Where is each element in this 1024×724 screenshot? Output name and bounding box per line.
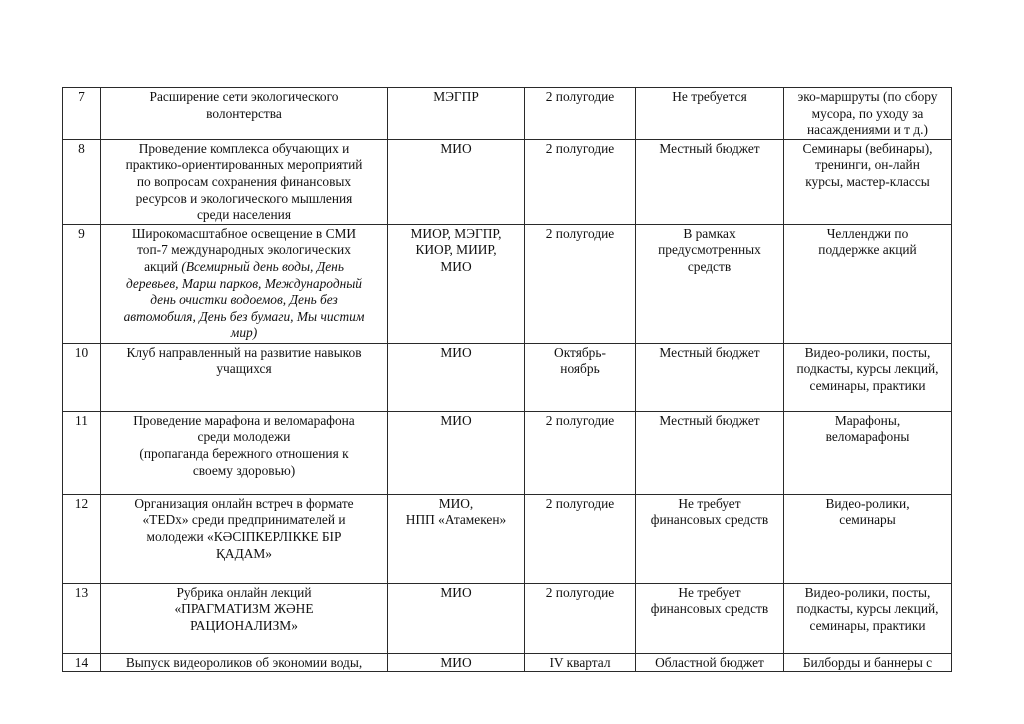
format: Видео-ролики, посты,подкасты, курсы лекц… <box>784 583 952 653</box>
format-line: подкасты, курсы лекций, <box>788 601 947 618</box>
responsible: МИО <box>388 583 525 653</box>
event-name: Выпуск видеороликов об экономии воды, <box>101 653 388 672</box>
event-name-line: «TEDx» среди предпринимателей и <box>105 512 383 529</box>
event-plan-table: 7Расширение сети экологическоговолонтерс… <box>62 87 952 672</box>
financing: Не требуетфинансовых средств <box>636 494 784 583</box>
event-name-italic-line: (Всемирный день воды, День <box>181 259 344 274</box>
financing: Местный бюджет <box>636 411 784 494</box>
format-line: семинары, практики <box>788 378 947 395</box>
row-number: 12 <box>63 494 101 583</box>
responsible-line: МИО <box>392 141 520 158</box>
responsible-line: МИО <box>392 655 520 672</box>
format-line: подкасты, курсы лекций, <box>788 361 947 378</box>
responsible: МИО <box>388 653 525 672</box>
format-line: Челленджи по <box>788 226 947 243</box>
format: эко-маршруты (по сборумусора, по уходу з… <box>784 88 952 140</box>
term: 2 полугодие <box>525 494 636 583</box>
format-line: тренинги, он-лайн <box>788 157 947 174</box>
row-number: 11 <box>63 411 101 494</box>
table-row: 11Проведение марафона и веломарафонасред… <box>63 411 952 494</box>
row-number-line: 14 <box>67 655 96 672</box>
financing-line: Местный бюджет <box>640 413 779 430</box>
format-line: Марафоны, <box>788 413 947 430</box>
term: 2 полугодие <box>525 88 636 140</box>
financing-line: В рамках <box>640 226 779 243</box>
event-name-line: Проведение комплекса обучающих и <box>105 141 383 158</box>
event-name-line: ресурсов и экологического мышления <box>105 191 383 208</box>
financing-line: Местный бюджет <box>640 141 779 158</box>
responsible: МЭГПР <box>388 88 525 140</box>
event-name-line: Выпуск видеороликов об экономии воды, <box>105 655 383 672</box>
financing: Не требуется <box>636 88 784 140</box>
event-name: Проведение комплекса обучающих ипрактико… <box>101 139 388 224</box>
row-number-line: 10 <box>67 345 96 362</box>
format-line: Семинары (вебинары), <box>788 141 947 158</box>
format-line: насаждениями и т д.) <box>788 122 947 139</box>
row-number: 14 <box>63 653 101 672</box>
event-name-italic-line: деревьев, Марш парков, Международный <box>105 276 383 293</box>
row-number-line: 12 <box>67 496 96 513</box>
term: 2 полугодие <box>525 139 636 224</box>
responsible: МИОР, МЭГПР,КИОР, МИИР,МИО <box>388 224 525 343</box>
event-name-line: Рубрика онлайн лекций <box>105 585 383 602</box>
format: Видео-ролики, посты,подкасты, курсы лекц… <box>784 343 952 411</box>
term-line: 2 полугодие <box>529 585 631 602</box>
event-name-line: по вопросам сохранения финансовых <box>105 174 383 191</box>
responsible-line: МИО <box>392 413 520 430</box>
financing: Местный бюджет <box>636 343 784 411</box>
row-number-line: 13 <box>67 585 96 602</box>
format-line: семинары <box>788 512 947 529</box>
event-name-line: топ-7 международных экологических <box>105 242 383 259</box>
term-line: 2 полугодие <box>529 226 631 243</box>
responsible-line: НПП «Атамекен» <box>392 512 520 529</box>
event-name-line: РАЦИОНАЛИЗМ» <box>105 618 383 635</box>
responsible: МИО,НПП «Атамекен» <box>388 494 525 583</box>
event-name: Организация онлайн встреч в формате«TEDx… <box>101 494 388 583</box>
event-name: Рубрика онлайн лекций«ПРАГМАТИЗМ ЖӘНЕРАЦ… <box>101 583 388 653</box>
financing-line: Не требуется <box>640 89 779 106</box>
event-name-line: Проведение марафона и веломарафона <box>105 413 383 430</box>
event-name: Клуб направленный на развитие навыковуча… <box>101 343 388 411</box>
event-name-line: молодежи «КӘСІПКЕРЛІККЕ БІР <box>105 529 383 546</box>
format-line: Билборды и баннеры с <box>788 655 947 672</box>
financing-line: Не требует <box>640 585 779 602</box>
table-row: 7Расширение сети экологическоговолонтерс… <box>63 88 952 140</box>
term: 2 полугодие <box>525 583 636 653</box>
responsible-line: МИО <box>392 345 520 362</box>
row-number-line: 11 <box>67 413 96 430</box>
event-name-line: Расширение сети экологического <box>105 89 383 106</box>
table-row: 12Организация онлайн встреч в формате«TE… <box>63 494 952 583</box>
table-row: 8Проведение комплекса обучающих ипрактик… <box>63 139 952 224</box>
format: Челленджи поподдержке акций <box>784 224 952 343</box>
financing-line: предусмотренных <box>640 242 779 259</box>
responsible: МИО <box>388 343 525 411</box>
row-number: 7 <box>63 88 101 140</box>
event-name-line: ҚАДАМ» <box>105 546 383 563</box>
format-line: Видео-ролики, посты, <box>788 345 947 362</box>
event-name-line: практико-ориентированных мероприятий <box>105 157 383 174</box>
term: IV квартал <box>525 653 636 672</box>
term-line: Октябрь- <box>529 345 631 362</box>
financing-line: средств <box>640 259 779 276</box>
format-line: Видео-ролики, посты, <box>788 585 947 602</box>
term-line: 2 полугодие <box>529 141 631 158</box>
row-number-line: 9 <box>67 226 96 243</box>
responsible-line: МИО, <box>392 496 520 513</box>
financing-line: финансовых средств <box>640 601 779 618</box>
term-line: 2 полугодие <box>529 496 631 513</box>
term-line: IV квартал <box>529 655 631 672</box>
event-name-line: волонтерства <box>105 106 383 123</box>
financing-line: Областной бюджет <box>640 655 779 672</box>
event-name-line: «ПРАГМАТИЗМ ЖӘНЕ <box>105 601 383 618</box>
table-row: 14Выпуск видеороликов об экономии воды,М… <box>63 653 952 672</box>
financing: Местный бюджет <box>636 139 784 224</box>
table-body: 7Расширение сети экологическоговолонтерс… <box>63 88 952 672</box>
event-name: Расширение сети экологическоговолонтерст… <box>101 88 388 140</box>
event-name-italic-line: автомобиля, День без бумаги, Мы чистим <box>105 309 383 326</box>
format-line: веломарафоны <box>788 429 947 446</box>
responsible-line: МИО <box>392 585 520 602</box>
responsible-line: МЭГПР <box>392 89 520 106</box>
event-name-italic-line: день очистки водоемов, День без <box>105 292 383 309</box>
event-name-line: акций <box>144 259 181 274</box>
row-number: 8 <box>63 139 101 224</box>
format-line: эко-маршруты (по сбору <box>788 89 947 106</box>
event-name-line: своему здоровью) <box>105 463 383 480</box>
table-row: 9Широкомасштабное освещение в СМИтоп-7 м… <box>63 224 952 343</box>
financing: В рамкахпредусмотренныхсредств <box>636 224 784 343</box>
event-name-line: (пропаганда бережного отношения к <box>105 446 383 463</box>
format: Марафоны,веломарафоны <box>784 411 952 494</box>
event-name-line: среди молодежи <box>105 429 383 446</box>
responsible-line: КИОР, МИИР, <box>392 242 520 259</box>
table-row: 10Клуб направленный на развитие навыкову… <box>63 343 952 411</box>
format-line: Видео-ролики, <box>788 496 947 513</box>
row-number: 10 <box>63 343 101 411</box>
event-name-line: среди населения <box>105 207 383 224</box>
row-number: 13 <box>63 583 101 653</box>
format-line: поддержке акций <box>788 242 947 259</box>
event-name-line: Клуб направленный на развитие навыков <box>105 345 383 362</box>
format: Семинары (вебинары),тренинги, он-лайнкур… <box>784 139 952 224</box>
term-line: ноябрь <box>529 361 631 378</box>
format-line: мусора, по уходу за <box>788 106 947 123</box>
format-line: курсы, мастер-классы <box>788 174 947 191</box>
term: 2 полугодие <box>525 224 636 343</box>
term-line: 2 полугодие <box>529 89 631 106</box>
financing: Областной бюджет <box>636 653 784 672</box>
row-number: 9 <box>63 224 101 343</box>
event-name-line: учащихся <box>105 361 383 378</box>
term: Октябрь-ноябрь <box>525 343 636 411</box>
event-name: Проведение марафона и веломарафонасреди … <box>101 411 388 494</box>
event-name-italic-line: мир) <box>105 325 383 342</box>
responsible-line: МИО <box>392 259 520 276</box>
format: Билборды и баннеры с <box>784 653 952 672</box>
event-name: Широкомасштабное освещение в СМИтоп-7 ме… <box>101 224 388 343</box>
financing: Не требуетфинансовых средств <box>636 583 784 653</box>
event-name-line: Широкомасштабное освещение в СМИ <box>105 226 383 243</box>
table-row: 13Рубрика онлайн лекций«ПРАГМАТИЗМ ЖӘНЕР… <box>63 583 952 653</box>
row-number-line: 8 <box>67 141 96 158</box>
format: Видео-ролики,семинары <box>784 494 952 583</box>
format-line: семинары, практики <box>788 618 947 635</box>
financing-line: Местный бюджет <box>640 345 779 362</box>
term-line: 2 полугодие <box>529 413 631 430</box>
responsible-line: МИОР, МЭГПР, <box>392 226 520 243</box>
financing-line: финансовых средств <box>640 512 779 529</box>
event-name-line: Организация онлайн встреч в формате <box>105 496 383 513</box>
responsible: МИО <box>388 411 525 494</box>
term: 2 полугодие <box>525 411 636 494</box>
financing-line: Не требует <box>640 496 779 513</box>
row-number-line: 7 <box>67 89 96 106</box>
responsible: МИО <box>388 139 525 224</box>
